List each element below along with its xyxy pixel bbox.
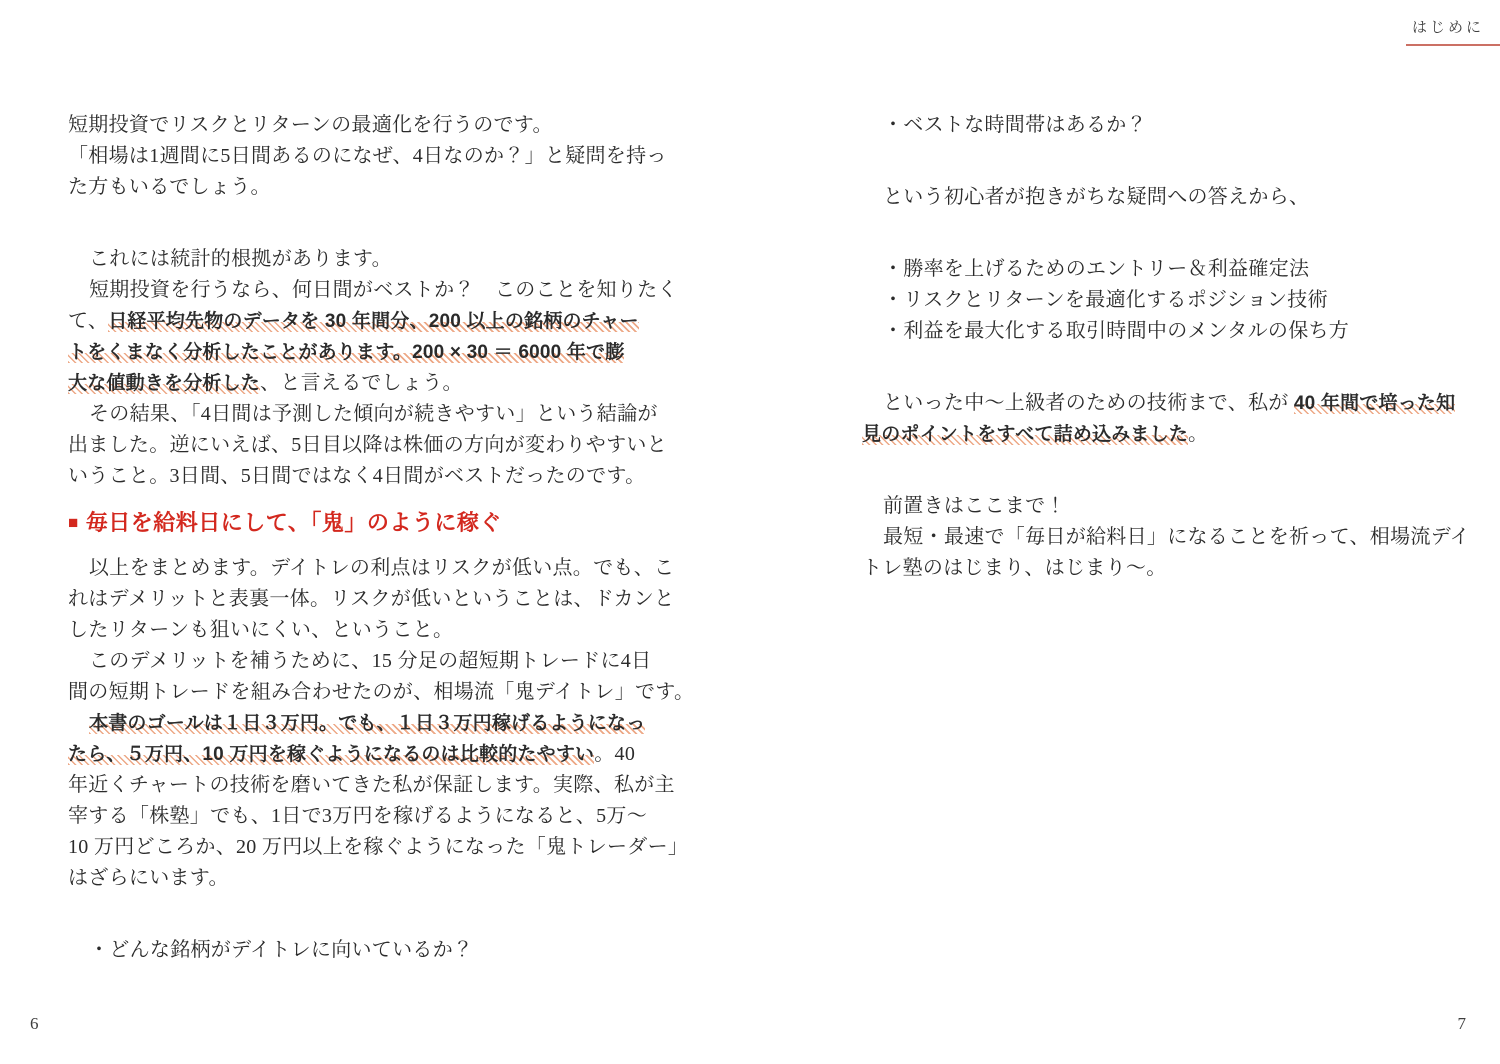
body-text: 宰する「株塾」でも、1日で3万円を稼げるようになると、5万～: [68, 805, 647, 827]
text-line: このデメリットを補うために、15 分足の超短期トレードに4日: [68, 646, 668, 677]
text-line: 10 万円どころか、20 万円以上を稼ぐようになった「鬼トレーダー」: [68, 832, 668, 863]
text-line: たら、５万円、10 万円を稼ぐようになるのは比較的たやすい。40: [68, 739, 668, 770]
book-spread: はじめに 短期投資でリスクとリターンの最適化を行うのです。「相場は1週間に5日間…: [0, 0, 1500, 1064]
text-line: 短期投資でリスクとリターンの最適化を行うのです。: [68, 110, 668, 141]
page-left-text-column: 短期投資でリスクとリターンの最適化を行うのです。「相場は1週間に5日間あるのにな…: [68, 110, 668, 966]
body-text: いうこと。3日間、5日間ではなく4日間がベストだったのです。: [68, 465, 645, 487]
body-text: したリターンも狙いにくい、ということ。: [68, 619, 453, 641]
body-text: 、と言えるでしょう。: [260, 372, 463, 394]
running-head-label: はじめに: [1412, 19, 1484, 36]
text-line: ・利益を最大化する取引時間中のメンタルの保ち方: [862, 316, 1462, 347]
body-text: といった中～上級者のための技術まで、私が: [883, 392, 1294, 414]
text-line: といった中～上級者のための技術まで、私が 40 年間で培った知: [862, 388, 1462, 419]
blank-line: [862, 450, 1462, 491]
highlighted-bold-text: 40 年間で培った知: [1294, 393, 1455, 414]
page-number-left: 6: [30, 1014, 39, 1034]
text-line: て、日経平均先物のデータを 30 年間分、200 以上の銘柄のチャー: [68, 306, 668, 337]
text-line: ・勝率を上げるためのエントリー＆利益確定法: [862, 254, 1462, 285]
text-line: 間の短期トレードを組み合わせたのが、相場流「鬼デイトレ」です。: [68, 677, 668, 708]
highlighted-bold-text: 日経平均先物のデータを 30 年間分、200 以上の銘柄のチャー: [108, 311, 639, 332]
highlighted-bold-text: 見のポイントをすべて詰め込みました: [862, 424, 1188, 445]
text-line: 年近くチャートの技術を磨いてきた私が保証します。実際、私が主: [68, 770, 668, 801]
section-heading-text: 毎日を給料日にして、「鬼」のように稼ぐ: [86, 510, 502, 535]
text-line: 本書のゴールは１日３万円。でも、１日３万円稼げるようになっ: [68, 708, 668, 739]
text-line: トをくまなく分析したことがあります。200 × 30 ＝ 6000 年で膨: [68, 337, 668, 368]
text-line: 最短・最速で「毎日が給料日」になることを祈って、相場流デイ: [862, 522, 1462, 553]
body-text: はざらにいます。: [68, 867, 229, 889]
highlighted-bold-text: トをくまなく分析したことがあります。200 × 30 ＝ 6000 年で膨: [68, 342, 624, 363]
body-text: という初心者が抱きがちな疑問への答えから、: [883, 186, 1309, 208]
text-line: 短期投資を行うなら、何日間がベストか？ このことを知りたく: [68, 275, 668, 306]
text-line: 大な値動きを分析した、と言えるでしょう。: [68, 368, 668, 399]
page-right-text-column: ・ベストな時間帯はあるか？という初心者が抱きがちな疑問への答えから、・勝率を上げ…: [862, 110, 1462, 584]
highlighted-bold-text: 本書のゴールは１日３万円。でも、１日３万円稼げるようになっ: [89, 713, 645, 734]
body-text: ・ベストな時間帯はあるか？: [883, 114, 1147, 136]
text-line: したリターンも狙いにくい、ということ。: [68, 615, 668, 646]
running-head: はじめに: [1406, 14, 1500, 46]
body-text: ・勝率を上げるためのエントリー＆利益確定法: [883, 258, 1309, 280]
body-text: 短期投資を行うなら、何日間がベストか？ このことを知りたく: [89, 279, 678, 301]
body-text: 前置きはここまで！: [883, 495, 1066, 517]
blank-line: [862, 141, 1462, 182]
body-text: このデメリットを補うために、15 分足の超短期トレードに4日: [89, 650, 651, 672]
red-square-bullet-icon: ■: [68, 513, 79, 532]
text-line: いうこと。3日間、5日間ではなく4日間がベストだったのです。: [68, 461, 668, 492]
text-line: ・どんな銘柄がデイトレに向いているか？: [68, 935, 668, 966]
body-text: 。40: [594, 743, 635, 765]
text-line: これには統計的根拠があります。: [68, 244, 668, 275]
text-line: れはデメリットと表裏一体。リスクが低いということは、ドカンと: [68, 584, 668, 615]
text-line: 宰する「株塾」でも、1日で3万円を稼げるようになると、5万～: [68, 801, 668, 832]
blank-line: [862, 347, 1462, 388]
text-line: という初心者が抱きがちな疑問への答えから、: [862, 182, 1462, 213]
body-text: 出ました。逆にいえば、5日目以降は株価の方向が変わりやすいと: [68, 434, 667, 456]
highlighted-bold-text: 大な値動きを分析した: [68, 373, 260, 394]
text-line: 前置きはここまで！: [862, 491, 1462, 522]
blank-line: [68, 203, 668, 244]
body-text: 間の短期トレードを組み合わせたのが、相場流「鬼デイトレ」です。: [68, 681, 694, 703]
body-text: 。: [1188, 423, 1208, 445]
text-line: 以上をまとめます。デイトレの利点はリスクが低い点。でも、こ: [68, 553, 668, 584]
blank-line: [862, 213, 1462, 254]
text-line: その結果、「4日間は予測した傾向が続きやすい」という結論が: [68, 399, 668, 430]
text-line: はざらにいます。: [68, 863, 668, 894]
body-text: た方もいるでしょう。: [68, 176, 271, 198]
text-line: た方もいるでしょう。: [68, 172, 668, 203]
body-text: 最短・最速で「毎日が給料日」になることを祈って、相場流デイ: [883, 526, 1470, 548]
body-text: その結果、「4日間は予測した傾向が続きやすい」という結論が: [89, 403, 658, 425]
text-line: トレ塾のはじまり、はじまり～。: [862, 553, 1462, 584]
body-text: 10 万円どころか、20 万円以上を稼ぐようになった「鬼トレーダー」: [68, 836, 688, 858]
section-heading: ■毎日を給料日にして、「鬼」のように稼ぐ: [68, 506, 668, 540]
body-text: 短期投資でリスクとリターンの最適化を行うのです。: [68, 114, 553, 136]
blank-line: [68, 894, 668, 935]
body-text: これには統計的根拠があります。: [89, 248, 392, 270]
body-text: ・リスクとリターンを最適化するポジション技術: [883, 289, 1328, 311]
page-number-right: 7: [1458, 1014, 1467, 1034]
body-text: トレ塾のはじまり、はじまり～。: [862, 557, 1167, 579]
text-line: ・リスクとリターンを最適化するポジション技術: [862, 285, 1462, 316]
text-line: 出ました。逆にいえば、5日目以降は株価の方向が変わりやすいと: [68, 430, 668, 461]
text-line: 「相場は1週間に5日間あるのになぜ、4日なのか？」と疑問を持っ: [68, 141, 668, 172]
body-text: 以上をまとめます。デイトレの利点はリスクが低い点。でも、こ: [89, 557, 674, 579]
body-text: ・利益を最大化する取引時間中のメンタルの保ち方: [883, 320, 1349, 342]
body-text: て、: [68, 310, 108, 332]
body-text: 「相場は1週間に5日間あるのになぜ、4日なのか？」と疑問を持っ: [68, 145, 667, 167]
text-line: 見のポイントをすべて詰め込みました。: [862, 419, 1462, 450]
body-text: ・どんな銘柄がデイトレに向いているか？: [89, 939, 473, 961]
text-line: ・ベストな時間帯はあるか？: [862, 110, 1462, 141]
highlighted-bold-text: たら、５万円、10 万円を稼ぐようになるのは比較的たやすい: [68, 744, 594, 765]
body-text: 年近くチャートの技術を磨いてきた私が保証します。実際、私が主: [68, 774, 675, 796]
body-text: れはデメリットと表裏一体。リスクが低いということは、ドカンと: [68, 588, 674, 610]
